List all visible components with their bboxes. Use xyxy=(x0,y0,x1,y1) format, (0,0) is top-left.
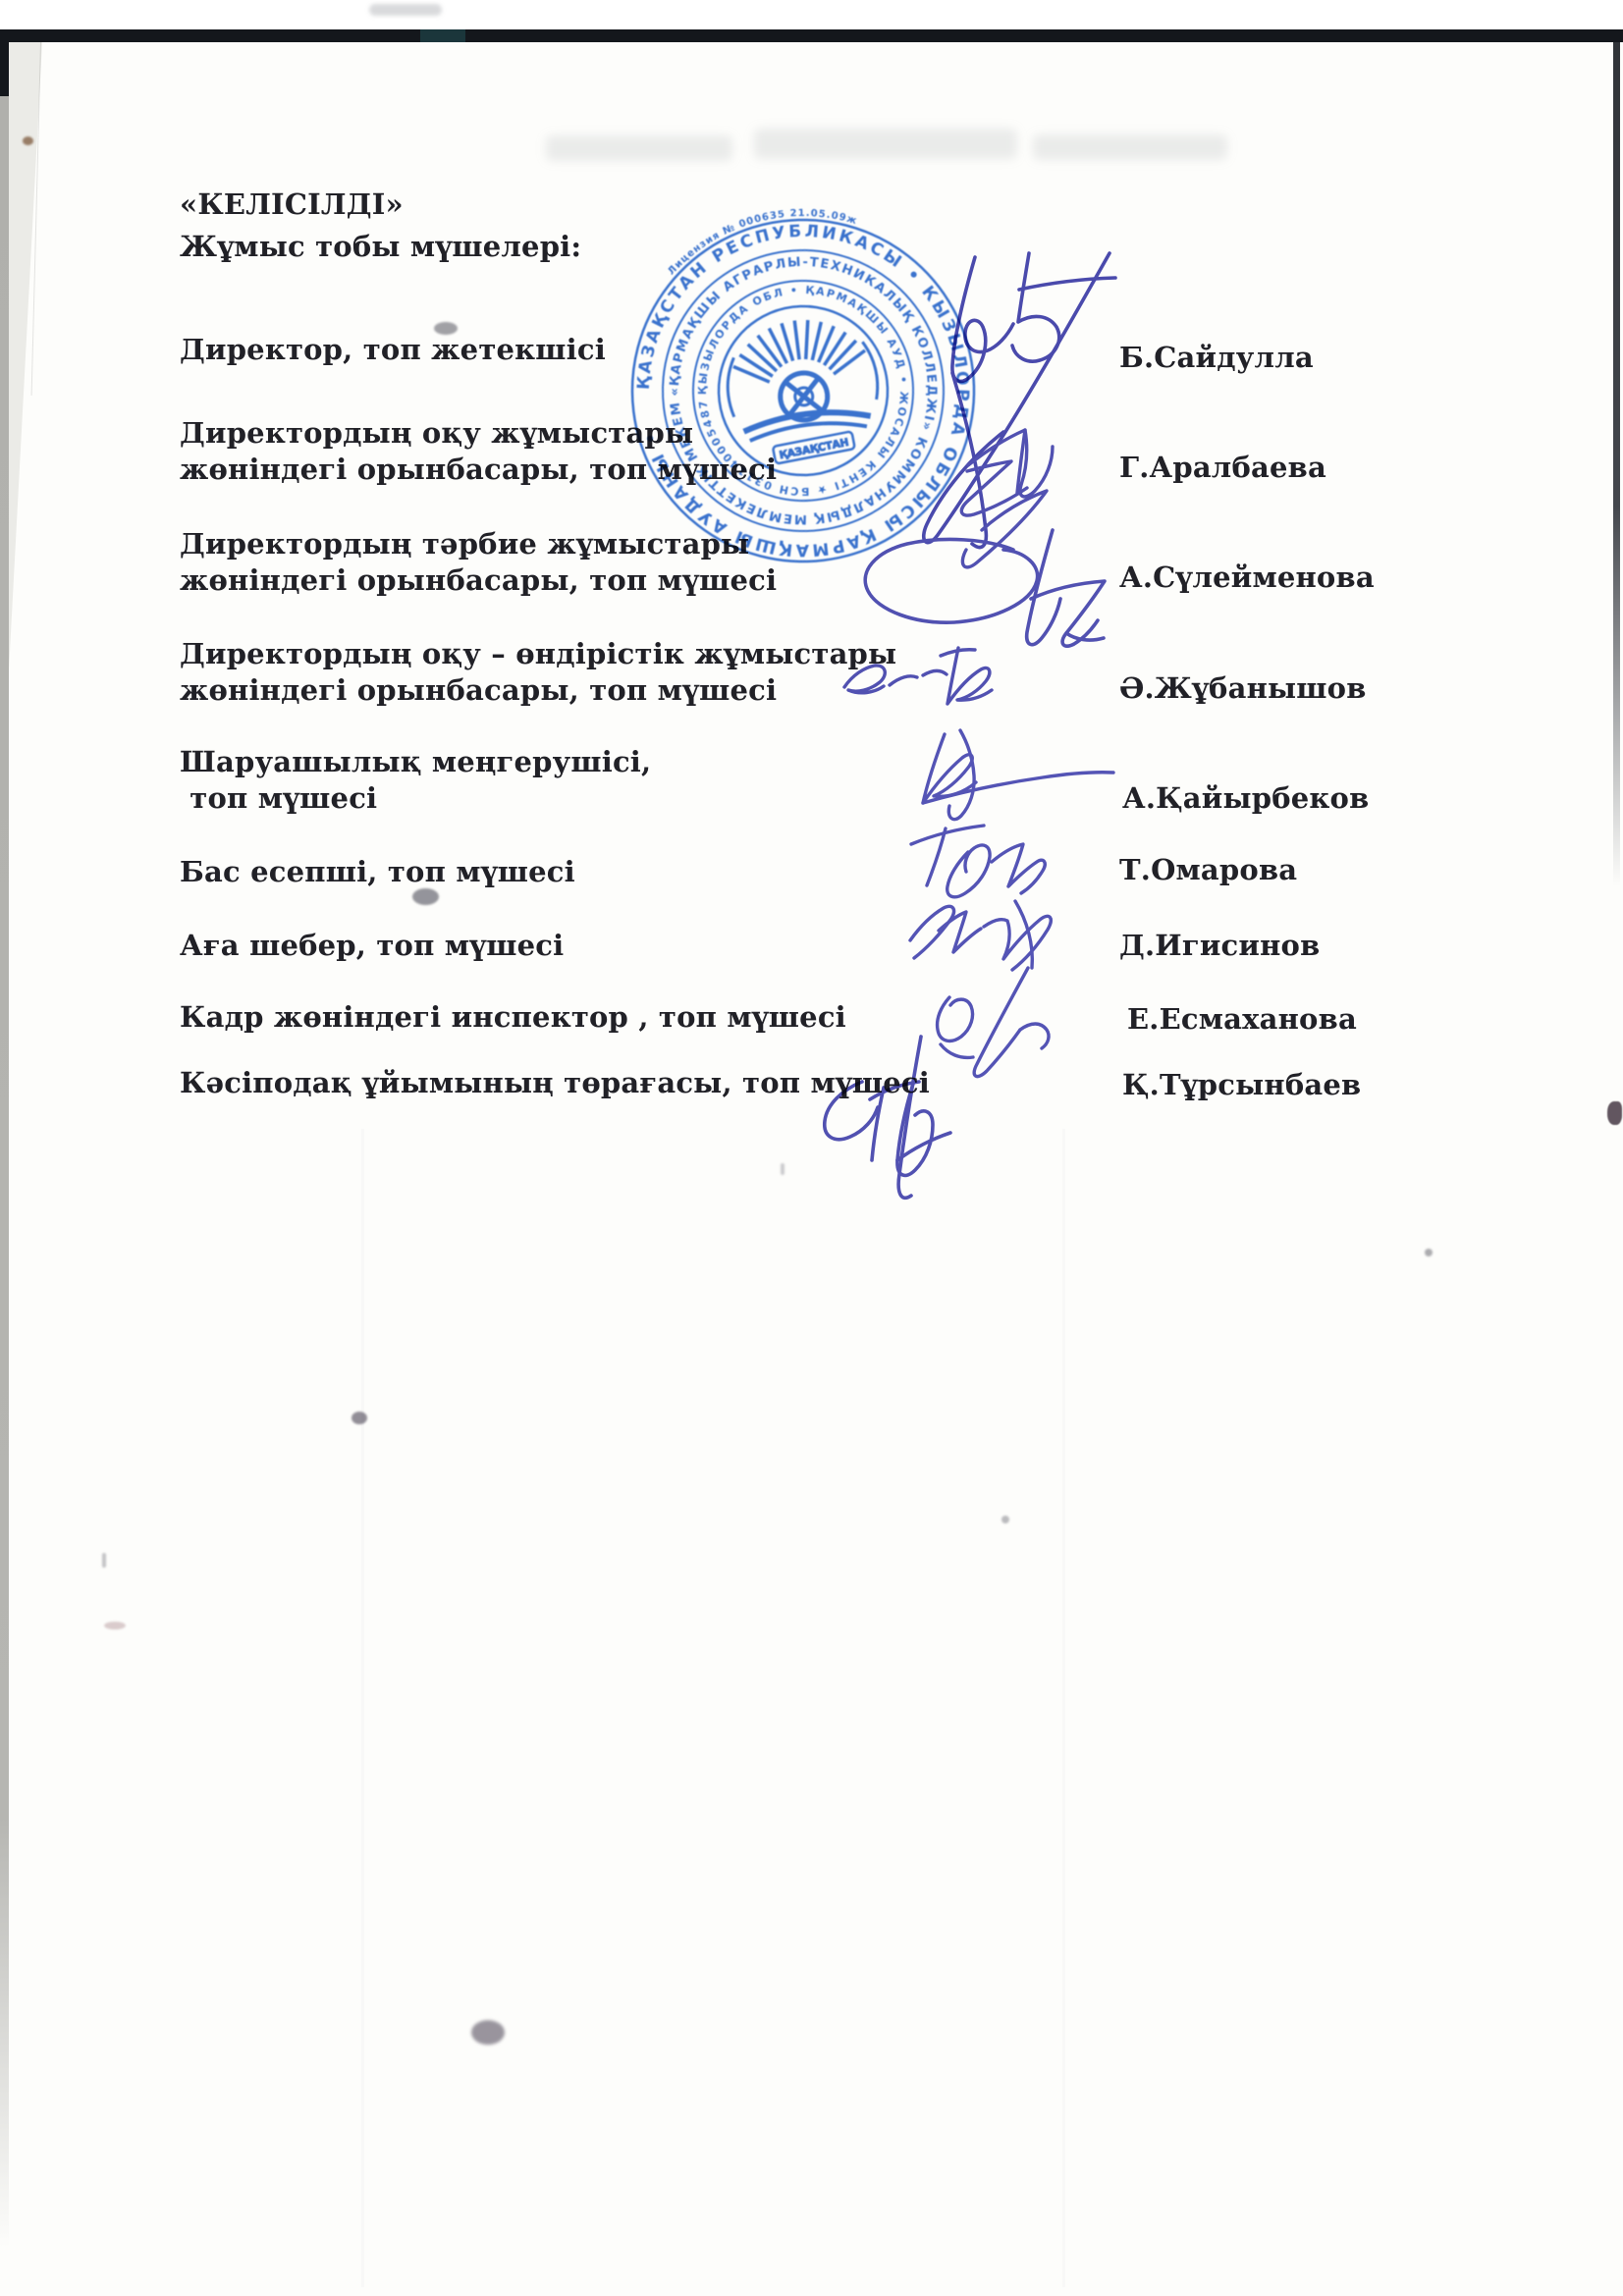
signature-kayyrbekov xyxy=(923,730,1113,820)
signature-igisinov xyxy=(910,901,1051,970)
signature-zhubanyshov xyxy=(844,648,992,704)
signature-esmakhanova xyxy=(938,968,1049,1077)
signatures-overlay xyxy=(0,0,1623,2296)
signature-suleymenova xyxy=(865,530,1105,646)
signature-tursynbaev xyxy=(825,1037,950,1198)
signature-omarova xyxy=(911,826,1045,897)
scanned-document-page: «КЕЛІСІЛДІ» Жұмыс тобы мүшелері: Директо… xyxy=(0,0,1623,2296)
